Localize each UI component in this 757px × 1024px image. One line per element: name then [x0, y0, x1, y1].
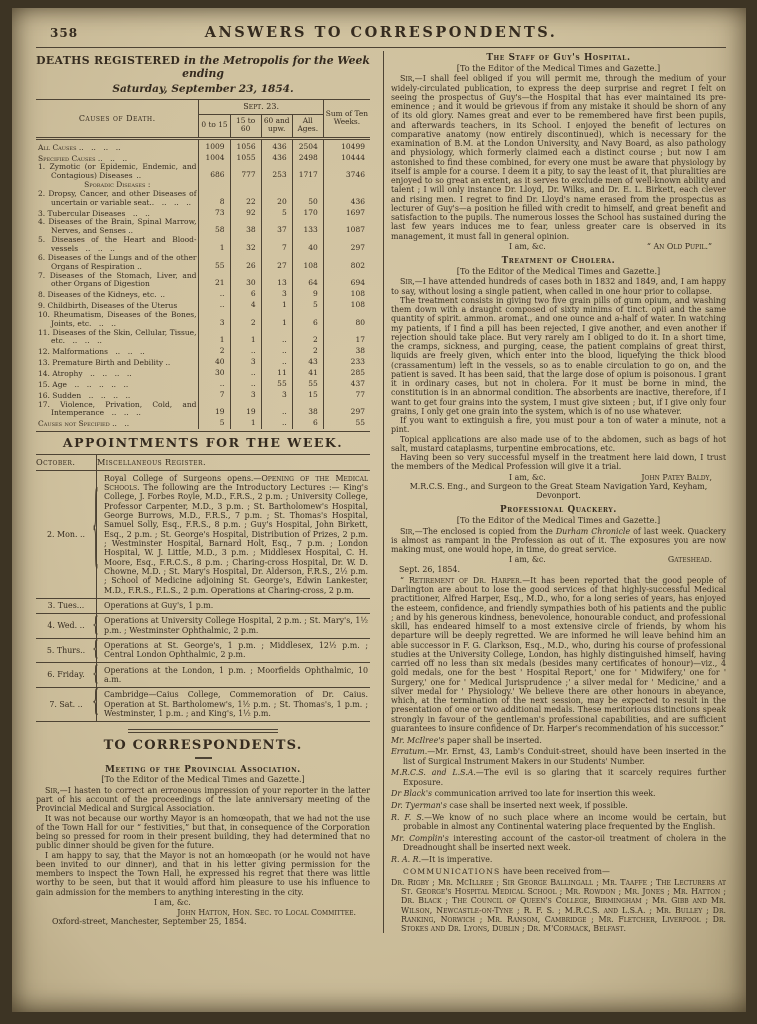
cell-value: 108: [323, 300, 370, 311]
cell-value: 5: [292, 300, 323, 311]
cell-value: ..: [261, 357, 292, 368]
section-rule: [36, 431, 370, 432]
cell-value: 9: [292, 289, 323, 300]
cell-value: 10444: [323, 153, 370, 164]
cell-value: 41: [292, 368, 323, 379]
cell-value: 1055: [230, 153, 261, 164]
cell-value: 4: [230, 300, 261, 311]
letter-closing: I am, &c. “ An Old Pupil.”: [391, 242, 726, 251]
table-row: 8. Diseases of the Kidneys, etc. .. .. 6…: [36, 289, 370, 300]
page-title: ANSWERS TO CORRESPONDENTS.: [36, 24, 726, 41]
table-row: 10. Rheumatism, Diseases of the Bones, J…: [36, 311, 370, 329]
cell-value: 3: [261, 289, 292, 300]
table-row: 1. Zymotic (or Epidemic, Endemic, and Co…: [36, 163, 370, 181]
letter-closing: I am, &c.: [36, 898, 370, 907]
brace-glyph: {: [92, 688, 99, 722]
cell-value: 2: [292, 346, 323, 357]
cell-value: 1056: [230, 138, 261, 152]
cell-value: 19: [230, 401, 261, 419]
cell-value: 21: [199, 272, 230, 290]
cell-value: ..: [261, 401, 292, 419]
column-header-age: 0 to 15: [199, 114, 230, 138]
cell-value: 7: [199, 390, 230, 401]
cell-value: 40: [292, 236, 323, 254]
letter-paragraph: Sir,—The enclosed is copied from the Dur…: [391, 527, 726, 555]
cell-value: ..: [261, 346, 292, 357]
cell-value: 73: [199, 208, 230, 219]
two-column-layout: DEATHS REGISTERED in the Metropolis for …: [36, 53, 726, 933]
cell-value: [261, 181, 292, 190]
cell-value: 38: [323, 346, 370, 357]
cell-value: 19: [199, 401, 230, 419]
appointments-title: APPOINTMENTS FOR THE WEEK.: [36, 436, 370, 451]
cell-value: 55: [323, 418, 370, 429]
cell-value: 3: [199, 311, 230, 329]
cell-value: 11: [261, 368, 292, 379]
letter-signature: John Hatton, Hon. Sec. to Local Committe…: [36, 908, 370, 917]
cell-value: 40: [199, 357, 230, 368]
column-header-sum: Sum of Ten Weeks.: [323, 100, 370, 138]
cell-value: 686: [199, 163, 230, 181]
section-heading: Treatment of Cholera.: [391, 256, 726, 266]
cell-value: 436: [323, 190, 370, 208]
day-cell: 3. Tues...: [36, 598, 97, 613]
letter-closing: I am, &c. John Patey Baldy,: [391, 473, 726, 482]
day-label: 2. Mon. ..: [47, 530, 85, 539]
cell-value: 8: [199, 190, 230, 208]
column-header-age: All Ages.: [292, 114, 323, 138]
deaths-table-body: All Causes .. .. .. .. 1009 1056 436 250…: [36, 138, 370, 429]
letter-paragraph: Sir,—I hasten to correct an erroneous im…: [36, 786, 370, 814]
cell-value: ..: [261, 418, 292, 429]
editor-note: Mr. McIlree's paper shall be inserted.: [391, 736, 726, 745]
cell-value: 15: [292, 390, 323, 401]
cell-value: 1: [199, 329, 230, 347]
letter-paragraph: Sir,—I have attended hundreds of cases b…: [391, 277, 726, 296]
cause-label: 10. Rheumatism, Diseases of the Bones, J…: [36, 311, 199, 329]
table-row: 12. Malformations .. .. .. 2 .. .. 2 38: [36, 346, 370, 357]
appointments-table-body: 2. Mon. ..{ Royal College of Surgeons op…: [36, 471, 370, 722]
cell-value: 92: [230, 208, 261, 219]
cell-value: [292, 181, 323, 190]
column-header-age: 60 and upw.: [261, 114, 292, 138]
cause-label: All Causes .. .. .. ..: [36, 138, 199, 152]
section-heading: Professional Quackery.: [391, 505, 726, 515]
cell-value: 7: [261, 236, 292, 254]
editor-address-line: [To the Editor of the Medical Times and …: [391, 267, 726, 276]
cell-value: 1: [230, 329, 261, 347]
communications-heading: Communications have been received from—: [391, 867, 726, 877]
cell-value: 32: [230, 236, 261, 254]
cause-label: 11. Diseases of the Skin, Cellular, Tiss…: [36, 329, 199, 347]
cell-value: 253: [261, 163, 292, 181]
cell-value: 133: [292, 218, 323, 236]
cell-value: 297: [323, 236, 370, 254]
cell-value: 6: [292, 418, 323, 429]
table-row: 5. Diseases of the Heart and Blood-vesse…: [36, 236, 370, 254]
register-cell: Operations at University College Hospita…: [97, 613, 371, 638]
letter-paragraph: It was not because our worthy Mayor is a…: [36, 814, 370, 851]
cause-label: 8. Diseases of the Kidneys, etc. ..: [36, 289, 199, 300]
cell-value: 5: [199, 418, 230, 429]
column-header-month: October.: [36, 454, 97, 471]
cell-value: 1009: [199, 138, 230, 152]
column-divider: [383, 51, 384, 933]
cell-value: 1004: [199, 153, 230, 164]
to-correspondents-title: TO CORRESPONDENTS.: [36, 738, 370, 753]
day-cell: 5. Thurs..{: [36, 638, 97, 663]
cell-value: 10499: [323, 138, 370, 152]
letter-dateline: Oxford-street, Manchester, September 25,…: [52, 917, 370, 926]
cause-label: 14. Atrophy .. .. .. ..: [36, 368, 199, 379]
cell-value: 13: [261, 272, 292, 290]
cell-value: [199, 181, 230, 190]
cell-value: 22: [230, 190, 261, 208]
header-rule: [36, 47, 726, 48]
quoted-article: “ Retirement of Dr. Harper.—It has been …: [391, 576, 726, 733]
right-column: The Staff of Guy's Hospital. [To the Edi…: [381, 53, 726, 933]
table-row: 4. Wed. ..{ Operations at University Col…: [36, 613, 370, 638]
letter-signature-title: M.R.C.S. Eng., and Surgeon to the Great …: [401, 482, 716, 501]
cell-value: 108: [292, 254, 323, 272]
cell-value: 1: [199, 236, 230, 254]
register-cell: Operations at the London, 1 p.m. ; Moorf…: [97, 663, 371, 688]
table-row: 7. Diseases of the Stomach, Liver, and o…: [36, 272, 370, 290]
cause-label: 1. Zymotic (or Epidemic, Endemic, and Co…: [36, 163, 199, 181]
day-label: 6. Friday.: [47, 670, 84, 679]
table-row: 4. Diseases of the Brain, Spinal Marrow,…: [36, 218, 370, 236]
editor-notes: Mr. McIlree's paper shall be inserted. E…: [391, 736, 726, 865]
cell-value: 58: [199, 218, 230, 236]
cell-value: [323, 181, 370, 190]
cell-value: 64: [292, 272, 323, 290]
section-heading: Meeting of the Provincial Association.: [36, 765, 370, 775]
cell-value: 802: [323, 254, 370, 272]
table-row: 6. Diseases of the Lungs and of the othe…: [36, 254, 370, 272]
cell-value: 38: [230, 218, 261, 236]
letter-paragraph: Topical applications are also made use o…: [391, 435, 726, 454]
cell-value: 77: [323, 390, 370, 401]
day-cell: 7. Sat. ..{: [36, 687, 97, 721]
brace-glyph: {: [92, 638, 99, 663]
page-header: 358 ANSWERS TO CORRESPONDENTS.: [36, 24, 726, 44]
section-heading: The Staff of Guy's Hospital.: [391, 53, 726, 63]
register-cell: Operations at St. George's, 1 p.m. ; Mid…: [97, 638, 371, 663]
cell-value: ..: [199, 300, 230, 311]
table-row: 2. Mon. ..{ Royal College of Surgeons op…: [36, 471, 370, 598]
day-cell: 6. Friday.{: [36, 663, 97, 688]
letter-paragraph: I am happy to say, that the Mayor is not…: [36, 851, 370, 897]
cell-value: 3: [261, 390, 292, 401]
editor-note: Dr Black's communication arrived too lat…: [391, 789, 726, 798]
cell-value: 297: [323, 401, 370, 419]
cause-label: 15. Age .. .. .. .. ..: [36, 379, 199, 390]
cell-value: 26: [230, 254, 261, 272]
table-row: Causes not Specified .. .. 5 1 .. 6 55: [36, 418, 370, 429]
double-rule: [128, 729, 278, 734]
editor-note: M.R.C.S. and L.S.A.—The evil is so glari…: [391, 768, 726, 787]
editor-note: Erratum.—Mr. Ernst, 43, Lamb's Conduit-s…: [391, 747, 726, 766]
day-cell: 4. Wed. ..{: [36, 613, 97, 638]
title-dash: [195, 757, 212, 759]
cell-value: 1087: [323, 218, 370, 236]
cell-value: ..: [199, 379, 230, 390]
cell-value: 2504: [292, 138, 323, 152]
cause-label: 2. Dropsy, Cancer, and other Diseases of…: [36, 190, 199, 208]
journal-page: 358 ANSWERS TO CORRESPONDENTS. DEATHS RE…: [12, 8, 746, 1012]
editor-note: R. F. S.—We know of no such place where …: [391, 813, 726, 832]
communications-names: Dr. Rigby ; Mr. McIllree ; Sir George Ba…: [391, 878, 726, 934]
cell-value: 50: [292, 190, 323, 208]
cell-value: 6: [230, 289, 261, 300]
cause-label: 7. Diseases of the Stomach, Liver, and o…: [36, 272, 199, 290]
cell-value: 1717: [292, 163, 323, 181]
letter-dateline: Sept. 26, 1854.: [399, 565, 726, 574]
table-row: 11. Diseases of the Skin, Cellular, Tiss…: [36, 329, 370, 347]
cell-value: 55: [261, 379, 292, 390]
register-cell: Royal College of Surgeons opens.—Opening…: [97, 471, 371, 598]
cell-value: 777: [230, 163, 261, 181]
cell-value: 30: [199, 368, 230, 379]
column-header-register: Miscellaneous Register.: [97, 454, 371, 471]
table-row: 15. Age .. .. .. .. .. .. .. 55 55 437: [36, 379, 370, 390]
table-row: 16. Sudden .. .. .. .. 7 3 3 15 77: [36, 390, 370, 401]
letter-paragraph: The treatment consists in giving two fiv…: [391, 296, 726, 416]
cell-value: 436: [261, 138, 292, 152]
cause-label: 5. Diseases of the Heart and Blood-vesse…: [36, 236, 199, 254]
table-row: All Causes .. .. .. .. 1009 1056 436 250…: [36, 138, 370, 152]
day-label: 7. Sat. ..: [49, 700, 82, 709]
page-number: 358: [50, 26, 78, 40]
table-row: 7. Sat. ..{ Cambridge—Caius College, Com…: [36, 687, 370, 721]
editor-note: Mr. Complin's interesting account of the…: [391, 834, 726, 853]
deaths-table-subtitle: Saturday, September 23, 1854.: [36, 83, 370, 95]
cell-value: ..: [261, 329, 292, 347]
cell-value: 3: [230, 390, 261, 401]
day-label: 5. Thurs..: [47, 646, 85, 655]
cell-value: 20: [261, 190, 292, 208]
register-cell: Cambridge—Caius College, Commemoration o…: [97, 687, 371, 721]
cell-value: 285: [323, 368, 370, 379]
cell-value: 1: [261, 311, 292, 329]
cell-value: 437: [323, 379, 370, 390]
cell-value: 3: [230, 357, 261, 368]
table-row: 2. Dropsy, Cancer, and other Diseases of…: [36, 190, 370, 208]
cell-value: 37: [261, 218, 292, 236]
register-cell: Operations at Guy's, 1 p.m.: [97, 598, 371, 613]
cause-label: Causes not Specified .. ..: [36, 418, 199, 429]
cell-value: [230, 181, 261, 190]
cell-value: 30: [230, 272, 261, 290]
cell-value: 3746: [323, 163, 370, 181]
appointments-table: October. Miscellaneous Register. 2. Mon.…: [36, 454, 370, 722]
cell-value: 1697: [323, 208, 370, 219]
cell-value: 27: [261, 254, 292, 272]
table-row: 6. Friday.{ Operations at the London, 1 …: [36, 663, 370, 688]
editor-address-line: [To the Editor of the Medical Times and …: [391, 64, 726, 73]
cell-value: 2: [230, 311, 261, 329]
editor-note: Dr. Tyerman's case shall be inserted nex…: [391, 801, 726, 810]
cell-value: 1: [261, 300, 292, 311]
cell-value: 38: [292, 401, 323, 419]
cell-value: 694: [323, 272, 370, 290]
cause-label: 17. Violence, Privation, Cold, and Intem…: [36, 401, 199, 419]
day-label: 3. Tues...: [48, 601, 85, 610]
cell-value: 2: [199, 346, 230, 357]
editor-address-line: [To the Editor of the Medical Times and …: [391, 516, 726, 525]
cause-label: 12. Malformations .. .. ..: [36, 346, 199, 357]
letter-paragraph: Sir,—I shall feel obliged if you will pe…: [391, 74, 726, 241]
cause-label: 6. Diseases of the Lungs and of the othe…: [36, 254, 199, 272]
cause-label: 4. Diseases of the Brain, Spinal Marrow,…: [36, 218, 199, 236]
day-label: 4. Wed. ..: [47, 621, 84, 630]
cell-value: ..: [230, 368, 261, 379]
cell-value: 55: [199, 254, 230, 272]
left-column: DEATHS REGISTERED in the Metropolis for …: [36, 53, 381, 933]
cell-value: 6: [292, 311, 323, 329]
cell-value: ..: [230, 379, 261, 390]
column-header-causes: Causes of Death.: [36, 100, 199, 138]
cell-value: ..: [199, 289, 230, 300]
table-row: 17. Violence, Privation, Cold, and Intem…: [36, 401, 370, 419]
cell-value: 17: [323, 329, 370, 347]
day-cell: 2. Mon. ..{: [36, 471, 97, 598]
letter-paragraph: If you want to extinguish a fire, you mu…: [391, 416, 726, 435]
table-row: 5. Thurs..{ Operations at St. George's, …: [36, 638, 370, 663]
table-row: 14. Atrophy .. .. .. .. 30 .. 11 41 285: [36, 368, 370, 379]
cell-value: 233: [323, 357, 370, 368]
cell-value: 436: [261, 153, 292, 164]
brace-glyph: {: [92, 613, 99, 638]
cell-value: 108: [323, 289, 370, 300]
cell-value: ..: [230, 346, 261, 357]
cell-value: 2: [292, 329, 323, 347]
cell-value: 1: [230, 418, 261, 429]
cell-value: 2498: [292, 153, 323, 164]
letter-paragraph: Having been so very successful myself in…: [391, 453, 726, 472]
cell-value: 80: [323, 311, 370, 329]
cause-label: 16. Sudden .. .. .. ..: [36, 390, 199, 401]
deaths-table-title: DEATHS REGISTERED in the Metropolis for …: [36, 54, 370, 81]
cell-value: 43: [292, 357, 323, 368]
editor-note: R. A. R.—It is imperative.: [391, 855, 726, 864]
column-header-age: 15 to 60: [230, 114, 261, 138]
editor-address-line: [To the Editor of the Medical Times and …: [36, 775, 370, 784]
deaths-registered-table: Causes of Death. Sept. 23. Sum of Ten We…: [36, 99, 370, 429]
cell-value: 5: [261, 208, 292, 219]
brace-glyph: {: [92, 483, 98, 587]
table-row: 13. Premature Birth and Debility .. 40 3…: [36, 357, 370, 368]
cause-label: 13. Premature Birth and Debility ..: [36, 357, 199, 368]
table-row: 3. Tues... Operations at Guy's, 1 p.m.: [36, 598, 370, 613]
cell-value: 170: [292, 208, 323, 219]
column-group-header: Sept. 23.: [199, 100, 323, 114]
letter-closing: I am, &c. Gateshead.: [391, 555, 726, 564]
cell-value: 55: [292, 379, 323, 390]
